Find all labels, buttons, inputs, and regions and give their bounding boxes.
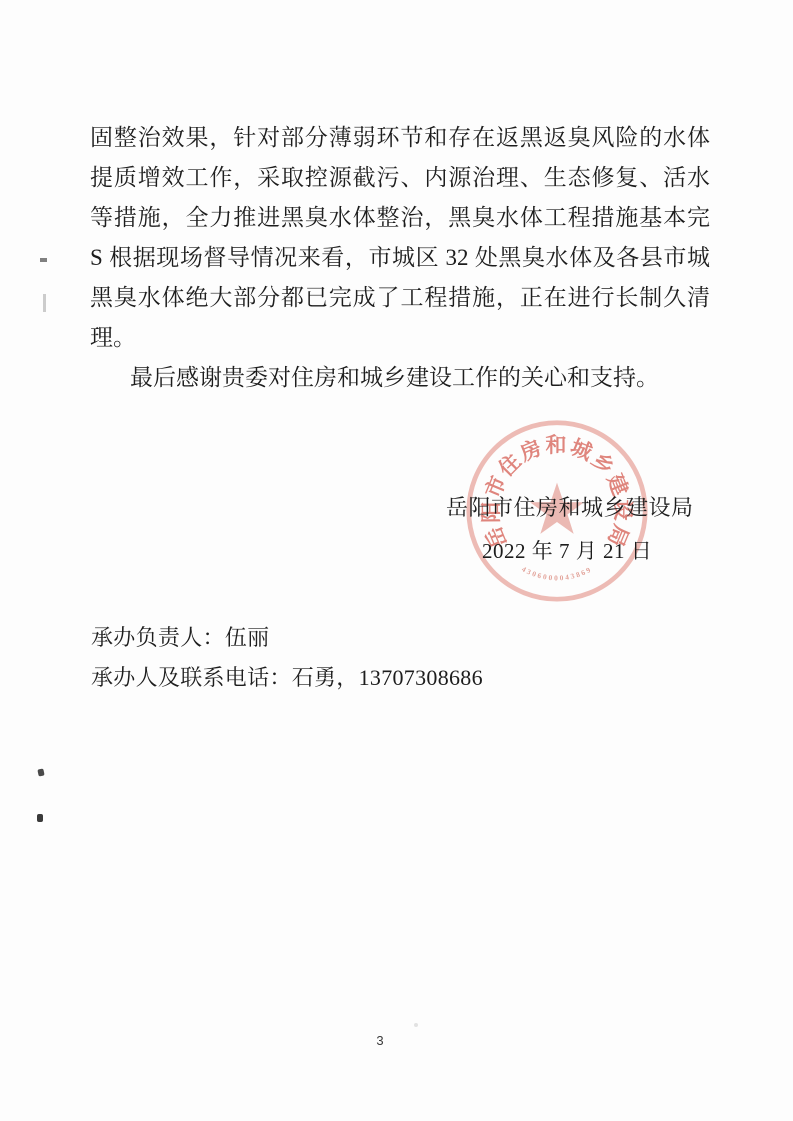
page-number: 3 (370, 1033, 390, 1048)
scan-artifact (37, 768, 44, 776)
document-page: 固整治效果，针对部分薄弱环节和存在返黑返臭风险的水体开展 提质增效工作，采取控源… (0, 0, 793, 1121)
body-line: 等措施，全力推进黑臭水体整治，黑臭水体工程措施基本完成。 (90, 198, 710, 238)
scan-artifact (43, 294, 46, 312)
body-text: 固整治效果，针对部分薄弱环节和存在返黑返臭风险的水体开展 提质增效工作，采取控源… (90, 118, 710, 398)
contact-manager: 承办负责人：伍丽 (91, 621, 269, 652)
body-line: 提质增效工作，采取控源截污、内源治理、生态修复、活水循环 (90, 158, 710, 198)
scan-artifact (414, 1023, 418, 1027)
body-line: 黑臭水体绝大部分都已完成了工程措施，正在进行长制久清治 (90, 278, 710, 318)
body-line: S 根据现场督导情况来看，市城区 32 处黑臭水体及各县市城镇 (90, 238, 710, 278)
seal-code-text: 4306000043869 (520, 564, 593, 582)
contact-handler: 承办人及联系电话：石勇，13707308686 (91, 661, 483, 692)
signature-date: 2022 年 7 月 21 日 (482, 535, 652, 565)
scan-artifact (40, 258, 47, 262)
closing-line: 最后感谢贵委对住房和城乡建设工作的关心和支持。 (90, 358, 710, 398)
signature-org: 岳阳市住房和城乡建设局 (446, 491, 694, 522)
body-line: 理。 (90, 318, 710, 358)
body-line: 固整治效果，针对部分薄弱环节和存在返黑返臭风险的水体开展 (90, 118, 710, 158)
scan-artifact (37, 814, 43, 822)
